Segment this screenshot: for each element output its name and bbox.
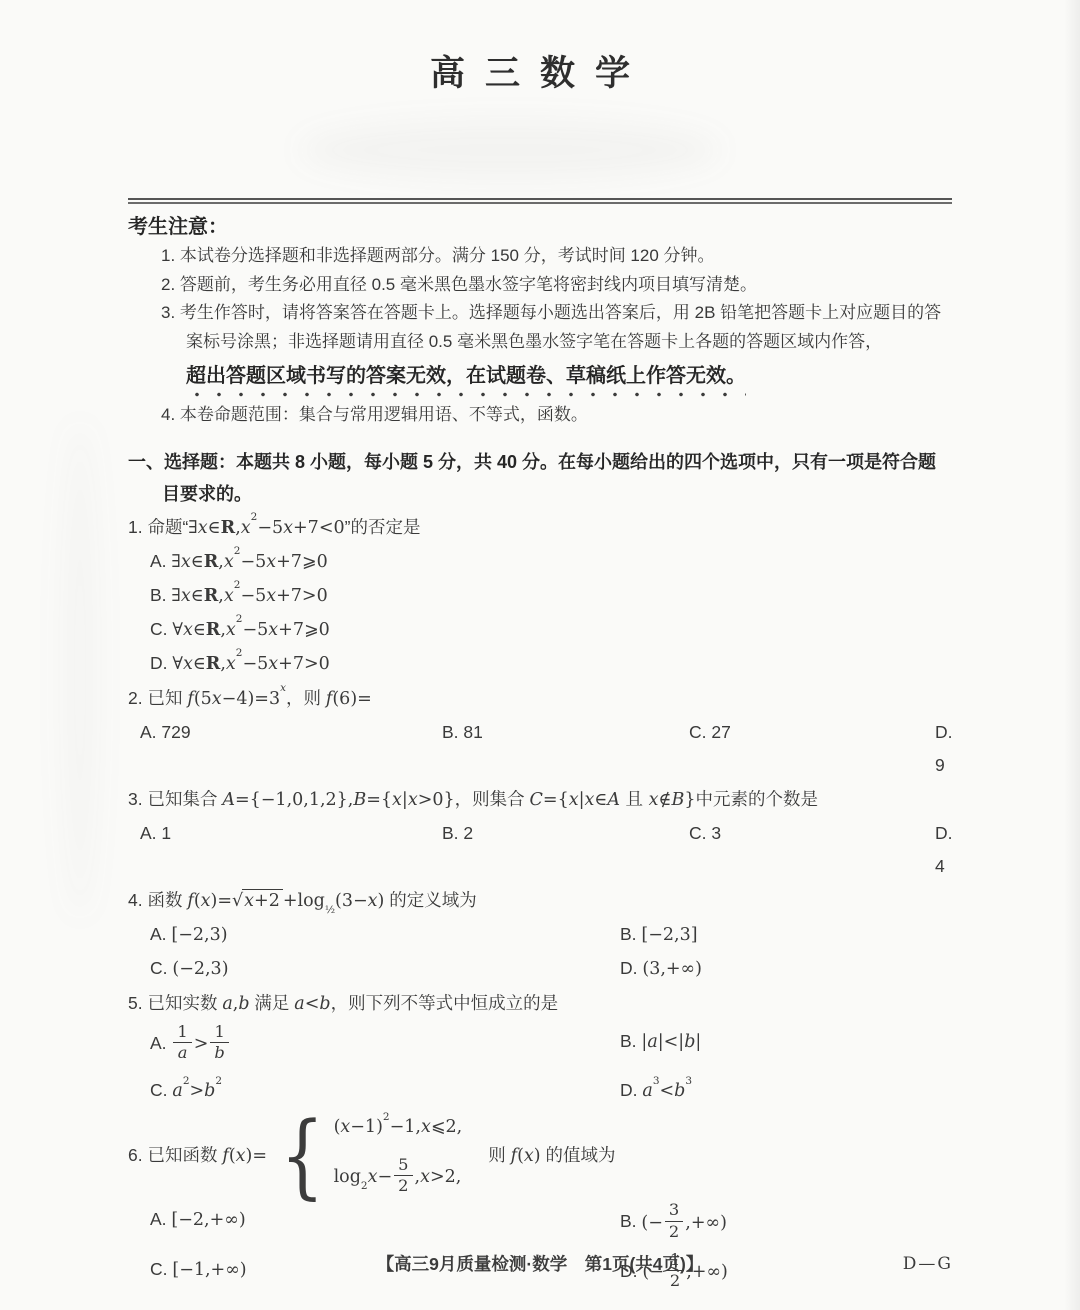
notice-item-4: 4. 本卷命题范围：集合与常用逻辑用语、不等式，函数。 <box>128 401 952 430</box>
question-6-cases: (x−1)2−1,x⩽2, log2x−52,x>2, <box>334 1114 463 1197</box>
question-4-options: A. [−2,3) B. [−2,3] C. (−2,3) D. (3,+∞) <box>128 918 952 986</box>
scan-artifact <box>60 420 100 920</box>
notice-item-2: 2. 答题前，考生务必用直径 0.5 毫米黑色墨水签字笔将密封线内项目填写清楚。 <box>128 271 952 300</box>
question-6-options: A. [−2,+∞) B. (−32,+∞) C. [−1,+∞) D. (−1… <box>128 1203 952 1292</box>
question-1-stem: 1. 命题“∃x∈R,x2−5x+7<0”的否定是 <box>128 511 952 545</box>
question-3-option-d: D. 4 <box>935 817 953 883</box>
footer-page-label: 【高三9月质量检测·数学 第1页(共4页)】 <box>128 1251 952 1276</box>
question-4-option-d: D. (3,+∞) <box>620 952 952 986</box>
question-3-option-c: C. 3 <box>689 817 935 883</box>
question-3: 3. 已知集合 A={−1,0,1,2},B={x|x>0}，则集合 C={x|… <box>128 783 952 883</box>
question-5-option-b: B. |a|<|b| <box>620 1025 952 1064</box>
question-6-case-1: (x−1)2−1,x⩽2, <box>334 1114 463 1140</box>
notice-item-3: 3. 考生作答时，请将答案答在答题卡上。选择题每小题选出答案后，用 2B 铅笔把… <box>128 299 952 356</box>
question-6-case-2: log2x−52,x>2, <box>334 1158 463 1197</box>
notice-item-1: 1. 本试卷分选择题和非选择题两部分。满分 150 分，考试时间 120 分钟。 <box>128 242 952 271</box>
question-4-option-a: A. [−2,3) <box>150 918 620 952</box>
scan-edge-shadow <box>1064 0 1080 1310</box>
notice-item-3-emphasis: 超出答题区域书写的答案无效，在试题卷、草稿纸上作答无效。 <box>186 359 746 397</box>
question-5: 5. 已知实数 a,b 满足 a<b，则下列不等式中恒成立的是 A. 1a>1b… <box>128 987 952 1108</box>
question-5-options: A. 1a>1b B. |a|<|b| C. a2>b2 D. a3<b3 <box>128 1025 952 1108</box>
question-3-stem: 3. 已知集合 A={−1,0,1,2},B={x|x>0}，则集合 C={x|… <box>128 783 952 817</box>
question-5-option-d: D. a3<b3 <box>620 1074 952 1108</box>
question-2-options: A. 729 B. 81 C. 27 D. 9 <box>128 716 952 782</box>
question-4-option-b: B. [−2,3] <box>620 918 952 952</box>
question-6-option-b: B. (−32,+∞) <box>620 1203 952 1242</box>
notice-heading: 考生注意： <box>128 212 952 242</box>
piecewise-brace: { <box>280 1112 324 1199</box>
question-2-option-c: C. 27 <box>689 716 935 782</box>
question-2-option-d: D. 9 <box>935 716 953 782</box>
question-1-option-b: B. ∃x∈R,x2−5x+7>0 <box>128 579 952 613</box>
question-6-stem-suffix: 则 f(x) 的值域为 <box>488 1143 615 1169</box>
question-5-option-c: C. a2>b2 <box>150 1074 620 1108</box>
question-3-options: A. 1 B. 2 C. 3 D. 4 <box>128 817 952 883</box>
question-5-stem: 5. 已知实数 a,b 满足 a<b，则下列不等式中恒成立的是 <box>128 987 952 1021</box>
exam-page: 高三数学 考生注意： 1. 本试卷分选择题和非选择题两部分。满分 150 分，考… <box>0 0 1080 1310</box>
candidate-notice: 考生注意： 1. 本试卷分选择题和非选择题两部分。满分 150 分，考试时间 1… <box>128 212 952 430</box>
footer-version-code: D—G <box>903 1254 953 1274</box>
section-1-heading: 一、选择题：本题共 8 小题，每小题 5 分，共 40 分。在每小题给出的四个选… <box>128 446 952 510</box>
question-1: 1. 命题“∃x∈R,x2−5x+7<0”的否定是 A. ∃x∈R,x2−5x+… <box>128 511 952 681</box>
question-1-option-c: C. ∀x∈R,x2−5x+7⩾0 <box>128 613 952 647</box>
question-1-option-a: A. ∃x∈R,x2−5x+7⩾0 <box>128 545 952 579</box>
question-4-option-c: C. (−2,3) <box>150 952 620 986</box>
question-1-option-d: D. ∀x∈R,x2−5x+7>0 <box>128 647 952 681</box>
header-divider <box>128 198 952 204</box>
question-2-stem: 2. 已知 f(5x−4)=3x，则 f(6)= <box>128 682 952 716</box>
question-4-stem: 4. 函数 f(x)=√x+2+log½(3−x) 的定义域为 <box>128 884 952 918</box>
question-4: 4. 函数 f(x)=√x+2+log½(3−x) 的定义域为 A. [−2,3… <box>128 884 952 986</box>
question-5-option-a: A. 1a>1b <box>150 1025 620 1064</box>
question-6-stem: 6. 已知函数 f(x)= { (x−1)2−1,x⩽2, log2x−52,x… <box>128 1112 952 1199</box>
question-3-option-b: B. 2 <box>442 817 689 883</box>
question-6-stem-prefix: 6. 已知函数 f(x)= <box>128 1143 267 1169</box>
question-2-option-b: B. 81 <box>442 716 689 782</box>
question-2: 2. 已知 f(5x−4)=3x，则 f(6)= A. 729 B. 81 C.… <box>128 682 952 782</box>
notice-item-3-emphasis-wrap: 超出答题区域书写的答案无效，在试题卷、草稿纸上作答无效。 <box>128 359 952 397</box>
question-3-option-a: A. 1 <box>140 817 442 883</box>
question-2-option-a: A. 729 <box>140 716 442 782</box>
page-content: 考生注意： 1. 本试卷分选择题和非选择题两部分。满分 150 分，考试时间 1… <box>128 0 952 1292</box>
question-6-option-a: A. [−2,+∞) <box>150 1203 620 1242</box>
